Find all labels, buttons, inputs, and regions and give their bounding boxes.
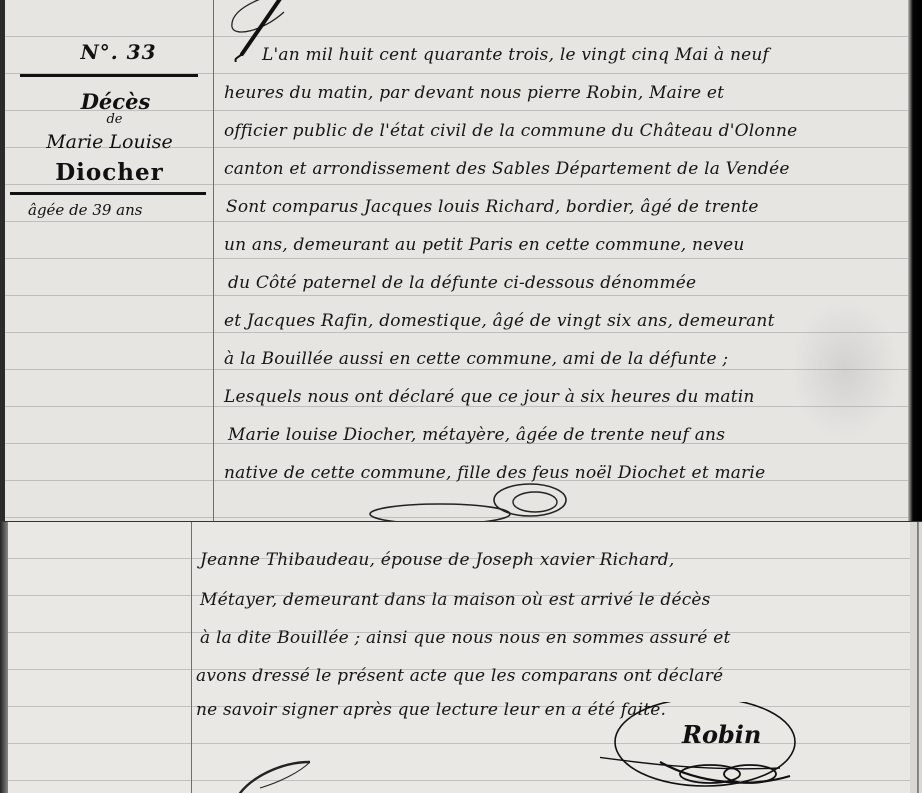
deceased-surname: Diocher — [14, 159, 205, 186]
margin-divider — [20, 74, 198, 77]
text-line: officier public de l'état civil de la co… — [224, 121, 797, 141]
text-line: à la dite Bouillée ; ainsi que nous nous… — [200, 628, 731, 648]
text-line: Métayer, demeurant dans la maison où est… — [200, 590, 711, 610]
margin-rule — [191, 522, 192, 793]
margin-divider — [10, 192, 206, 195]
decorative-initial-icon — [230, 758, 320, 793]
deceased-given-names: Marie Louise — [14, 131, 205, 153]
scan-left-edge — [0, 522, 8, 793]
margin-preposition: de — [24, 112, 205, 127]
text-line: ne savoir signer après que lecture leur … — [196, 700, 666, 720]
text-line: Sont comparus Jacques louis Richard, bor… — [226, 197, 759, 217]
scan-right-edge — [910, 522, 922, 793]
margin-annotation: N°. 33 Décès de Marie Louise Diocher âgé… — [10, 40, 205, 219]
text-line: avons dressé le présent acte que les com… — [196, 666, 723, 686]
record-number: N°. 33 — [32, 40, 205, 64]
text-line: un ans, demeurant au petit Paris en cett… — [224, 235, 745, 255]
text-line: L'an mil huit cent quarante trois, le vi… — [262, 45, 769, 65]
margin-rule — [213, 0, 214, 521]
record-type-title: Décès — [26, 89, 205, 114]
text-line: Jeanne Thibaudeau, épouse de Joseph xavi… — [200, 550, 674, 570]
text-line: et Jacques Rafin, domestique, âgé de vin… — [224, 311, 775, 331]
flourish-ornament-icon — [360, 478, 580, 521]
mayor-signature: Robin — [600, 702, 800, 793]
scan-fragment-bottom: Jeanne Thibaudeau, épouse de Joseph xavi… — [0, 521, 922, 793]
text-line: heures du matin, par devant nous pierre … — [224, 83, 724, 103]
scan-right-edge — [908, 0, 922, 521]
text-line: à la Bouillée aussi en cette commune, am… — [224, 349, 728, 369]
text-line: du Côté paternel de la défunte ci-dessou… — [228, 273, 696, 293]
text-line-deceased-name: Marie louise Diocher, métayère, âgée de … — [228, 425, 725, 445]
text-line: Lesquels nous ont déclaré que ce jour à … — [224, 387, 755, 407]
deceased-age-note: âgée de 39 ans — [4, 201, 205, 219]
scan-left-edge — [0, 0, 5, 521]
scan-fragment-top: N°. 33 Décès de Marie Louise Diocher âgé… — [0, 0, 922, 521]
faded-stamp-mark — [790, 300, 900, 440]
signature-name: Robin — [682, 720, 761, 749]
text-line: canton et arrondissement des Sables Dépa… — [224, 159, 790, 179]
